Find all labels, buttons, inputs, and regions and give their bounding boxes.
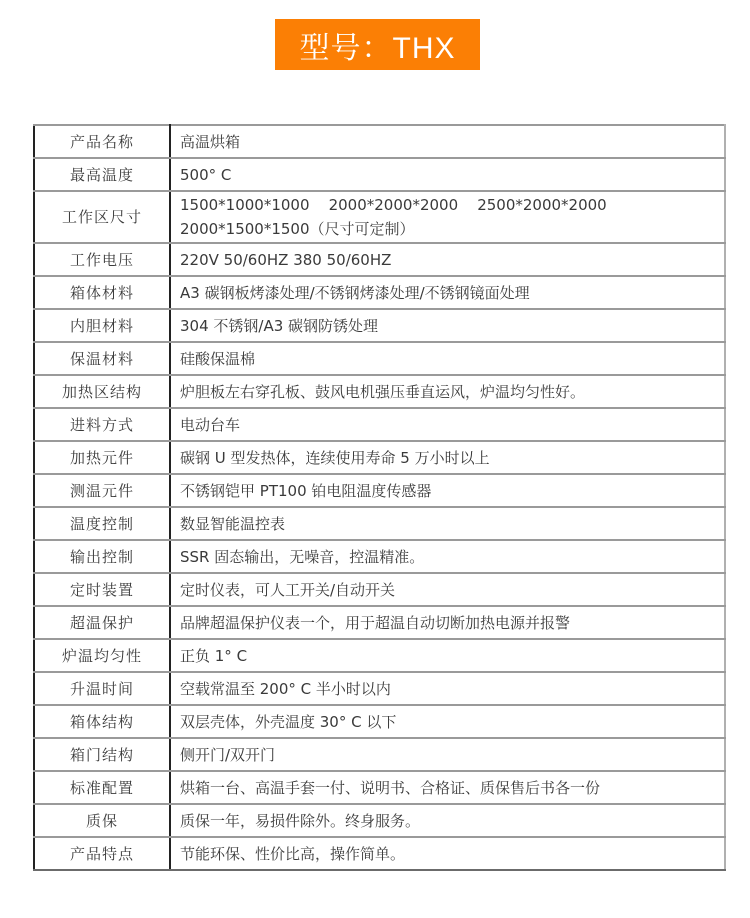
row-value: 定时仪表，可人工开关/自动开关 bbox=[170, 573, 725, 606]
row-label: 箱体结构 bbox=[34, 705, 170, 738]
row-label: 工作电压 bbox=[34, 243, 170, 276]
row-value: A3 碳钢板烤漆处理/不锈钢烤漆处理/不锈钢镜面处理 bbox=[170, 276, 725, 309]
row-label: 加热元件 bbox=[34, 441, 170, 474]
table-row: 超温保护 品牌超温保护仪表一个，用于超温自动切断加热电源并报警 bbox=[34, 606, 725, 639]
table-row: 内胆材料 304 不锈钢/A3 碳钢防锈处理 bbox=[34, 309, 725, 342]
table-row: 炉温均匀性 正负 1° C bbox=[34, 639, 725, 672]
row-value: 烘箱一台、高温手套一付、说明书、合格证、质保售后书各一份 bbox=[170, 771, 725, 804]
row-value: 500° C bbox=[170, 158, 725, 191]
row-label: 最高温度 bbox=[34, 158, 170, 191]
row-value: 电动台车 bbox=[170, 408, 725, 441]
row-value: 硅酸保温棉 bbox=[170, 342, 725, 375]
table-row: 测温元件 不锈钢铠甲 PT100 铂电阻温度传感器 bbox=[34, 474, 725, 507]
model-banner: 型号：THX bbox=[275, 19, 480, 70]
row-label: 测温元件 bbox=[34, 474, 170, 507]
table-row: 加热元件 碳钢 U 型发热体，连续使用寿命 5 万小时以上 bbox=[34, 441, 725, 474]
row-label: 箱门结构 bbox=[34, 738, 170, 771]
table-row: 工作区尺寸 1500*1000*1000 2000*2000*2000 2500… bbox=[34, 191, 725, 243]
row-label: 产品特点 bbox=[34, 837, 170, 870]
row-label: 标准配置 bbox=[34, 771, 170, 804]
row-label: 升温时间 bbox=[34, 672, 170, 705]
table-row: 升温时间 空载常温至 200° C 半小时以内 bbox=[34, 672, 725, 705]
table-row: 箱体结构 双层壳体，外壳温度 30° C 以下 bbox=[34, 705, 725, 738]
row-label: 工作区尺寸 bbox=[34, 191, 170, 243]
table-row: 输出控制 SSR 固态输出，无噪音，控温精准。 bbox=[34, 540, 725, 573]
row-label: 产品名称 bbox=[34, 125, 170, 158]
table-row: 产品特点 节能环保、性价比高，操作简单。 bbox=[34, 837, 725, 870]
table-row: 标准配置 烘箱一台、高温手套一付、说明书、合格证、质保售后书各一份 bbox=[34, 771, 725, 804]
row-label: 质保 bbox=[34, 804, 170, 837]
row-label: 炉温均匀性 bbox=[34, 639, 170, 672]
table-row: 箱门结构 侧开门/双开门 bbox=[34, 738, 725, 771]
row-label: 超温保护 bbox=[34, 606, 170, 639]
table-row: 质保 质保一年，易损件除外。终身服务。 bbox=[34, 804, 725, 837]
row-value: 炉胆板左右穿孔板、鼓风电机强压垂直运风，炉温均匀性好。 bbox=[170, 375, 725, 408]
row-value: 双层壳体，外壳温度 30° C 以下 bbox=[170, 705, 725, 738]
table-row: 加热区结构 炉胆板左右穿孔板、鼓风电机强压垂直运风，炉温均匀性好。 bbox=[34, 375, 725, 408]
row-label: 进料方式 bbox=[34, 408, 170, 441]
table-row: 箱体材料 A3 碳钢板烤漆处理/不锈钢烤漆处理/不锈钢镜面处理 bbox=[34, 276, 725, 309]
row-label: 加热区结构 bbox=[34, 375, 170, 408]
row-value: 220V 50/60HZ 380 50/60HZ bbox=[170, 243, 725, 276]
row-value: 1500*1000*1000 2000*2000*2000 2500*2000*… bbox=[170, 191, 725, 243]
row-value: 正负 1° C bbox=[170, 639, 725, 672]
row-value: SSR 固态输出，无噪音，控温精准。 bbox=[170, 540, 725, 573]
table-row: 产品名称 高温烘箱 bbox=[34, 125, 725, 158]
row-label: 箱体材料 bbox=[34, 276, 170, 309]
row-label: 内胆材料 bbox=[34, 309, 170, 342]
table-row: 保温材料 硅酸保温棉 bbox=[34, 342, 725, 375]
row-value: 高温烘箱 bbox=[170, 125, 725, 158]
row-value: 品牌超温保护仪表一个，用于超温自动切断加热电源并报警 bbox=[170, 606, 725, 639]
value-line: 1500*1000*1000 2000*2000*2000 2500*2000*… bbox=[180, 193, 724, 217]
spec-table: 产品名称 高温烘箱 最高温度 500° C 工作区尺寸 1500*1000*10… bbox=[33, 124, 726, 871]
row-value: 数显智能温控表 bbox=[170, 507, 725, 540]
table-row: 定时装置 定时仪表，可人工开关/自动开关 bbox=[34, 573, 725, 606]
row-label: 保温材料 bbox=[34, 342, 170, 375]
table-row: 温度控制 数显智能温控表 bbox=[34, 507, 725, 540]
row-value: 碳钢 U 型发热体，连续使用寿命 5 万小时以上 bbox=[170, 441, 725, 474]
table-row: 进料方式 电动台车 bbox=[34, 408, 725, 441]
row-label: 输出控制 bbox=[34, 540, 170, 573]
row-value: 空载常温至 200° C 半小时以内 bbox=[170, 672, 725, 705]
table-row: 最高温度 500° C bbox=[34, 158, 725, 191]
row-label: 温度控制 bbox=[34, 507, 170, 540]
model-label: 型号：THX bbox=[300, 23, 456, 67]
row-value: 304 不锈钢/A3 碳钢防锈处理 bbox=[170, 309, 725, 342]
row-value: 不锈钢铠甲 PT100 铂电阻温度传感器 bbox=[170, 474, 725, 507]
table-row: 工作电压 220V 50/60HZ 380 50/60HZ bbox=[34, 243, 725, 276]
row-value: 节能环保、性价比高，操作简单。 bbox=[170, 837, 725, 870]
row-value: 质保一年，易损件除外。终身服务。 bbox=[170, 804, 725, 837]
value-line: 2000*1500*1500（尺寸可定制） bbox=[180, 217, 724, 241]
row-value: 侧开门/双开门 bbox=[170, 738, 725, 771]
row-label: 定时装置 bbox=[34, 573, 170, 606]
